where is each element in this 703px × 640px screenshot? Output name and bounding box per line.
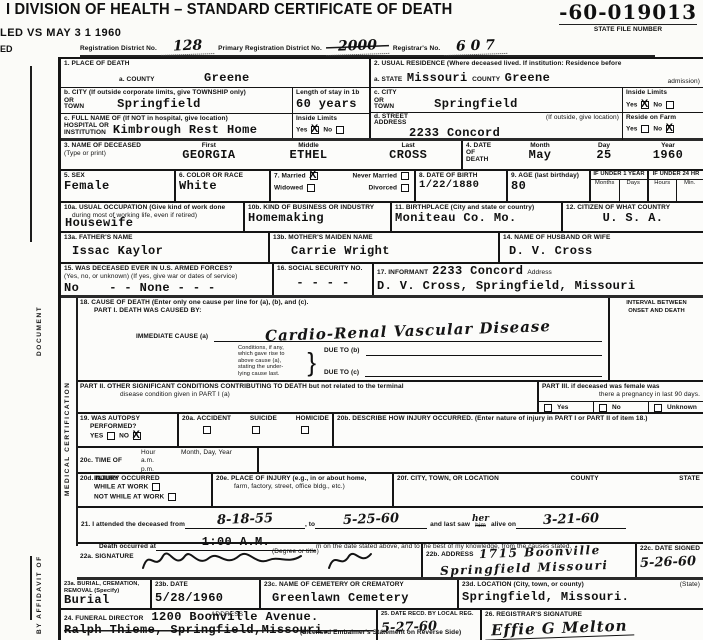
registration-line: Registration District No. 128 Primary Re… [80, 36, 655, 57]
residence-title2: admission) [668, 78, 700, 86]
section-date-of-birth: 8. DATE OF BIRTH 1/22/1880 [416, 171, 508, 201]
place-inside-no-checkbox [336, 126, 344, 134]
section-part3: PART III. if deceased was female was the… [539, 382, 703, 412]
section-spouse: 14. NAME OF HUSBAND OR WIFE D. V. Cross [500, 233, 703, 262]
section-occupation: 10a. USUAL OCCUPATION (Give kind of work… [61, 203, 245, 231]
parents-row: 13a. FATHER'S NAME Issac Kaylor 13b. MOT… [61, 233, 703, 264]
residence-title: 2. USUAL RESIDENCE (Where deceased lived… [374, 60, 700, 68]
suicide-label: SUICIDE [250, 415, 277, 423]
hours-header: Hours [649, 180, 677, 201]
residence-inside-no-checkbox [666, 101, 674, 109]
place-inside-yes-checkbox [311, 126, 319, 134]
informant-name-value: D. V. Cross, Springfield, Missouri [377, 280, 700, 293]
certifier-address-label: 22b. ADDRESS [426, 551, 474, 559]
dod-day-value: 25 [572, 149, 636, 162]
section-sex: 5. SEX Female [61, 171, 176, 201]
section-informant: 17. INFORMANT 2233 Concord Address D. V.… [374, 264, 703, 295]
ssn-label: 16. SOCIAL SECURITY NO. [277, 265, 369, 273]
edge-fragment: ED [0, 44, 13, 54]
state-file-number-block: -60-019013 STATE FILE NUMBER [559, 0, 697, 34]
residence-county-label: COUNTY [472, 76, 500, 83]
section-marital-status: 7. Married Never Married Widowed Divorce… [271, 171, 416, 201]
attended-saw-label: and last saw [430, 521, 470, 529]
under1yr-header: IF UNDER 1 YEAR [591, 171, 647, 180]
residence-state-label: a. STATE [374, 76, 402, 83]
mother-value: Carrie Wright [291, 245, 495, 258]
section-armed-forces: 15. WAS DECEASED EVER IN U.S. ARMED FORC… [61, 264, 274, 295]
farm-no-label: No [653, 126, 662, 133]
place-county-label: a. COUNTY [119, 76, 155, 83]
never-married-checkbox [401, 172, 409, 180]
burial-date-label: 23b. DATE [155, 581, 256, 589]
section-usual-residence: 2. USUAL RESIDENCE (Where deceased lived… [371, 59, 703, 138]
section-mother: 13b. MOTHER'S MAIDEN NAME Carrie Wright [270, 233, 500, 262]
conditions-brace: } [307, 347, 316, 378]
injury-place-label2: farm, factory, street, office bldg., etc… [234, 483, 389, 491]
embalmer-note: (Licensed Embalmer's Statement on Revers… [300, 629, 461, 637]
section-part2: PART II. OTHER SIGNIFICANT CONDITIONS CO… [77, 382, 539, 412]
at-work-label: WHILE AT WORK [94, 484, 148, 491]
interval-label1: INTERVAL BETWEEN [612, 300, 701, 308]
injury-location-row: 20d. INJURY OCCURRED WHILE AT WORK NOT W… [77, 474, 703, 508]
days-header: Days [620, 180, 648, 201]
autopsy-no-label: NO [119, 433, 129, 440]
primary-district-value: 2000 [326, 37, 390, 56]
never-married-label: Never Married [352, 173, 397, 180]
armed-forces-label: 15. WAS DECEASED EVER IN U.S. ARMED FORC… [64, 265, 269, 273]
farm-no-checkbox [666, 125, 674, 133]
attended-him-printed: him [475, 523, 486, 529]
place-inside-limits-label: Inside Limits [296, 115, 366, 123]
forces-ssn-informant-row: 15. WAS DECEASED EVER IN U.S. ARMED FORC… [61, 264, 703, 298]
suicide-checkbox [252, 426, 260, 434]
not-at-work-label: NOT WHILE AT WORK [94, 493, 164, 500]
pregnancy-yes-checkbox [544, 404, 552, 412]
attended-alive-label: alive on [491, 521, 516, 529]
dod-month-value: May [508, 149, 572, 162]
section-registrar-signature: 26. REGISTRAR'S SIGNATURE Effie G Melton [482, 610, 703, 640]
burial-value: Burial [64, 594, 147, 607]
certificate-form: 1. PLACE OF DEATH a. COUNTY Greene b. CI… [58, 57, 703, 640]
dod-label2: OF [466, 149, 475, 156]
margin-label-medical-certification: MEDICAL CERTIFICATION [64, 381, 71, 496]
married-checkbox [310, 172, 318, 180]
under24hr-header: IF UNDER 24 HR [649, 171, 703, 180]
conditions-line4: stating the under- [238, 364, 283, 370]
place-county-value: Greene [204, 71, 250, 85]
street-note: (If outside, give location) [546, 114, 619, 127]
section-citizen: 12. CITIZEN OF WHAT COUNTRY U. S. A. [563, 203, 703, 231]
institution-label3: INSTITUTION [64, 129, 106, 136]
section-ssn: 16. SOCIAL SECURITY NO. - - - - [274, 264, 374, 295]
state-file-number-label: STATE FILE NUMBER [559, 24, 697, 34]
dod-year-value: 1960 [636, 149, 700, 162]
pregnancy-unknown-label: Unknown [667, 404, 697, 412]
injury-desc-label: 20b. DESCRIBE HOW INJURY OCCURRED. (Ente… [337, 415, 700, 423]
funeral-address-label: ADDRESS [211, 611, 243, 619]
injury-hour-label: Hour [141, 449, 156, 456]
residence-city-value: Springfield [434, 98, 518, 111]
injury-state-label: STATE [679, 475, 700, 483]
pregnancy-unknown-checkbox [654, 404, 662, 412]
place-inside-no-label: No [323, 127, 332, 134]
margin-label-affidavit: BY AFFIDAVIT OF [36, 555, 43, 634]
married-label: Married [282, 173, 306, 180]
burial-row: 23a. BURIAL, CREMATION, REMOVAL (Specify… [61, 580, 703, 610]
section-attended: 21. I attended the deceased from 8-18-55… [77, 508, 703, 544]
length-of-stay-value: 60 years [296, 98, 366, 111]
residence-inside-no-label: No [653, 102, 662, 109]
burial-location-value: Springfield, Missouri. [462, 591, 700, 604]
injury-hour-column: Hour a.m. p.m. [139, 448, 179, 472]
section-burial-location: 23d. LOCATION (City, town, or county) (S… [459, 580, 703, 608]
section-cause-of-death: 18. CAUSE OF DEATH (Enter only one cause… [77, 298, 703, 382]
injury-time-blank [259, 448, 703, 472]
injury-time-row: 20c. TIME OF INJURY Hour a.m. p.m. Month… [77, 448, 703, 474]
father-value: Issac Kaylor [72, 245, 265, 258]
birthplace-value: Moniteau Co. Mo. [395, 212, 558, 225]
pregnancy-yes-label: Yes [557, 404, 569, 412]
informant-label: 17. INFORMANT [377, 269, 428, 277]
street-value: 2233 Concord [409, 127, 619, 140]
mother-label: 13b. MOTHER'S MAIDEN NAME [273, 234, 495, 242]
institution-value: Kimbrough Rest Home [113, 124, 257, 137]
due-to-c-line [365, 366, 602, 377]
section-race: 6. COLOR OR RACE White [176, 171, 271, 201]
part3-label2: there a pregnancy in last 90 days. [542, 391, 700, 399]
cemetery-value: Greenlawn Cemetery [272, 592, 454, 605]
middle-name-value: ETHEL [259, 149, 359, 162]
due-to-b-line [366, 345, 602, 356]
document-title: I DIVISION OF HEALTH – STANDARD CERTIFIC… [6, 1, 452, 19]
homicide-label: HOMICIDE [296, 415, 329, 423]
part2-label: PART II. OTHER SIGNIFICANT CONDITIONS CO… [80, 383, 534, 391]
ssn-value: - - - - [277, 277, 369, 290]
registrar-no-label: Registrar's No. [393, 45, 440, 53]
section-injury-work: 20d. INJURY OCCURRED WHILE AT WORK NOT W… [77, 474, 213, 506]
injury-mdy-column: Month, Day, Year [179, 448, 259, 472]
sex-value: Female [64, 180, 171, 193]
margin-rule-bottom [30, 556, 32, 620]
registration-district-label: Registration District No. [80, 45, 157, 53]
widowed-label: Widowed [274, 185, 303, 192]
first-name-value: GEORGIA [159, 149, 259, 162]
signature-label: 22a. SIGNATURE [80, 553, 134, 560]
residence-county-value: Greene [505, 71, 551, 85]
her-him-stack: her him [472, 515, 489, 529]
divorced-label: Divorced [368, 185, 397, 192]
section-cemetery: 23c. NAME OF CEMETERY OR CREMATORY Green… [261, 580, 459, 608]
registrar-signature-value: Effie G Melton [485, 617, 634, 640]
autopsy-yes-checkbox [107, 432, 115, 440]
interval-column: INTERVAL BETWEEN ONSET AND DEATH [608, 298, 703, 380]
section-injury-city: 20f. CITY, TOWN, OR LOCATION COUNTY STAT… [394, 474, 703, 506]
place-city-value: Springfield [117, 98, 201, 111]
name-date-row: 3. NAME OF DECEASED (Type or print) Firs… [61, 141, 703, 171]
autopsy-label: 19. WAS AUTOPSY [80, 415, 174, 423]
section-autopsy: 19. WAS AUTOPSY PERFORMED? YES NO [77, 414, 179, 446]
injury-place-label: 20e. PLACE OF INJURY (e.g., in or about … [216, 475, 389, 483]
min-header: Min. [677, 180, 703, 201]
cause-part1-label: PART I. DEATH WAS CAUSED BY: [94, 307, 608, 315]
registrar-no-value: 6 0 7 [444, 37, 508, 56]
section-father: 13a. FATHER'S NAME Issac Kaylor [61, 233, 270, 262]
place-town-label: TOWN [64, 103, 84, 110]
attended-alive-date: 3-21-60 [543, 511, 600, 528]
dod-label3: DEATH [466, 156, 488, 163]
pregnancy-no-label: No [612, 404, 621, 412]
degree-scrawl [325, 548, 377, 574]
section-violence: 20a. ACCIDENT SUICIDE HOMICIDE [179, 414, 334, 446]
injury-time-label: 20c. TIME OF [80, 457, 122, 464]
cause-label: 18. CAUSE OF DEATH (Enter only one cause… [80, 299, 608, 307]
dod-label: 4. DATE [466, 142, 491, 149]
occupation-value: Housewife [65, 217, 133, 230]
section-birthplace: 11. BIRTHPLACE (City and state or countr… [392, 203, 563, 231]
accident-checkbox [203, 426, 211, 434]
race-value: White [179, 180, 266, 193]
last-name-value: CROSS [358, 149, 458, 162]
name-label: 3. NAME OF DECEASED [64, 142, 159, 150]
informant-address-label: Address [527, 269, 552, 277]
occupation-row: 10a. USUAL OCCUPATION (Give kind of work… [61, 203, 703, 233]
conditions-line3: above cause (a), [238, 358, 281, 364]
accident-label: 20a. ACCIDENT [182, 415, 231, 423]
dob-value: 1/22/1880 [419, 180, 503, 191]
section-industry: 10b. KIND OF BUSINESS OR INDUSTRY Homema… [245, 203, 392, 231]
primary-district-label: Primary Registration District No. [218, 45, 322, 53]
part2-part3-row: PART II. OTHER SIGNIFICANT CONDITIONS CO… [77, 382, 703, 414]
burial-state-label: (State) [680, 581, 700, 589]
burial-label: 23a. BURIAL, CREMATION, [64, 581, 147, 588]
certifier-row: 22a. SIGNATURE (Degree or title) 22b. AD… [77, 544, 703, 580]
residence-inside-yes-checkbox [641, 101, 649, 109]
farm-yes-checkbox [641, 125, 649, 133]
demographics-row: 5. SEX Female 6. COLOR OR RACE White 7. … [61, 171, 703, 203]
injury-work-label: 20d. INJURY OCCURRED [80, 475, 208, 483]
residence-inside-yes-label: Yes [626, 102, 638, 109]
registration-district-value: 128 [161, 37, 215, 56]
widowed-checkbox [307, 184, 315, 192]
section-injury-place: 20e. PLACE OF INJURY (e.g., in or about … [213, 474, 394, 506]
citizen-value: U. S. A. [566, 212, 700, 225]
farm-label: Reside on Farm [626, 114, 700, 122]
section-certifier-address: 22b. ADDRESS 1715 Boonville Springfield … [423, 544, 637, 577]
attended-from-date: 8-18-55 [217, 511, 274, 528]
part3-label: PART III. if deceased was female was [542, 383, 700, 391]
homicide-checkbox [301, 426, 309, 434]
armed-forces-value2: - - None - - - [109, 282, 215, 295]
age-value: 80 [511, 180, 586, 193]
burial-location-label: 23d. LOCATION (City, town, or county) [462, 581, 584, 589]
date-received-label: 25. DATE RECD. BY LOCAL REG. [381, 611, 477, 618]
pregnancy-no-checkbox [599, 404, 607, 412]
attended-to-date: 5-25-60 [343, 511, 400, 528]
divorced-checkbox [401, 184, 409, 192]
conditions-line5: lying cause last. [238, 371, 280, 377]
name-sub-label: (Type or print) [64, 150, 159, 158]
burial-date-value: 5/28/1960 [155, 592, 256, 605]
informant-address-value: 2233 Concord [432, 265, 523, 278]
section-date-of-death: 4. DATE OF DEATH Month May Day 25 Year 1… [463, 141, 703, 169]
margin-rule-top [30, 66, 32, 242]
occupation-label: 10a. USUAL OCCUPATION (Give kind of work… [64, 204, 240, 212]
place-title: 1. PLACE OF DEATH [64, 60, 366, 68]
immediate-cause-value: Cardio-Renal Vascular Disease [265, 317, 551, 345]
months-header: Months [591, 180, 620, 201]
not-at-work-checkbox [168, 493, 176, 501]
residence-inside-limits-label: Inside Limits [626, 89, 700, 97]
degree-label: (Degree or title) [272, 548, 319, 556]
section-name-of-deceased: 3. NAME OF DECEASED (Type or print) Firs… [61, 141, 463, 169]
interval-label2: ONSET AND DEATH [612, 308, 701, 316]
injury-mdy-label: Month, Day, Year [181, 449, 232, 456]
section-age: 9. AGE (last birthday) 80 [508, 171, 591, 201]
immediate-cause-label: IMMEDIATE CAUSE (a) [136, 333, 208, 341]
residence-town-label: TOWN [374, 103, 394, 110]
state-file-number: -60-019013 [559, 0, 697, 24]
residence-state-value: Missouri [407, 71, 468, 85]
margin-label-document: DOCUMENT [36, 306, 43, 356]
part2-label2: disease condition given in PART I (a) [120, 391, 534, 399]
place-residence-block: 1. PLACE OF DEATH a. COUNTY Greene b. CI… [61, 59, 703, 141]
farm-yes-label: Yes [626, 126, 638, 133]
attended-to-label: , to [305, 521, 315, 529]
date-signed-label: 22c. DATE SIGNED [640, 545, 700, 553]
medical-certification-band: MEDICAL CERTIFICATION 18. CAUSE OF DEATH… [61, 298, 703, 580]
due-to-b-label: DUE TO (b) [324, 347, 360, 355]
spouse-value: D. V. Cross [509, 245, 700, 258]
conditions-line1: Conditions, if any, [238, 345, 284, 351]
section-under-1-year: IF UNDER 1 YEAR Months Days [591, 171, 649, 201]
marital-num: 7. [274, 173, 280, 180]
injury-pm-label: p.m. [141, 466, 154, 473]
death-certificate-page: I DIVISION OF HEALTH – STANDARD CERTIFIC… [0, 0, 703, 640]
certifier-address-line2: Springfield Missouri [440, 558, 609, 578]
place-inside-yes-label: Yes [296, 127, 308, 134]
conditions-line2: which gave rise to [238, 351, 285, 357]
section-date-signed: 22c. DATE SIGNED 5-26-60 [637, 544, 703, 577]
autopsy-no-checkbox [133, 432, 141, 440]
autopsy-violence-row: 19. WAS AUTOPSY PERFORMED? YES NO 20a. A… [77, 414, 703, 448]
date-signed-value: 5-26-60 [640, 554, 697, 571]
injury-county-label: COUNTY [571, 475, 680, 483]
father-label: 13a. FATHER'S NAME [64, 234, 265, 242]
industry-value: Homemaking [248, 212, 387, 225]
due-to-c-label: DUE TO (c) [324, 369, 359, 377]
section-burial: 23a. BURIAL, CREMATION, REMOVAL (Specify… [61, 580, 152, 608]
street-label2: ADDRESS [374, 119, 406, 126]
section-under-24hr: IF UNDER 24 HR Hours Min. [649, 171, 703, 201]
autopsy-yes-label: YES [90, 433, 103, 440]
spouse-label: 14. NAME OF HUSBAND OR WIFE [503, 234, 700, 242]
injury-city-label: 20f. CITY, TOWN, OR LOCATION [397, 475, 571, 483]
section-burial-date: 23b. DATE 5/28/1960 [152, 580, 261, 608]
cemetery-label: 23c. NAME OF CEMETERY OR CREMATORY [264, 581, 454, 589]
section-injury-description: 20b. DESCRIBE HOW INJURY OCCURRED. (Ente… [334, 414, 703, 446]
injury-am-label: a.m. [141, 457, 154, 464]
attended-pre-label: 21. I attended the deceased from [81, 521, 185, 529]
section-signature: 22a. SIGNATURE (Degree or title) [77, 544, 423, 577]
section-place-of-death: 1. PLACE OF DEATH a. COUNTY Greene b. CI… [61, 59, 371, 138]
armed-forces-value: No [64, 282, 79, 295]
at-work-checkbox [152, 483, 160, 491]
